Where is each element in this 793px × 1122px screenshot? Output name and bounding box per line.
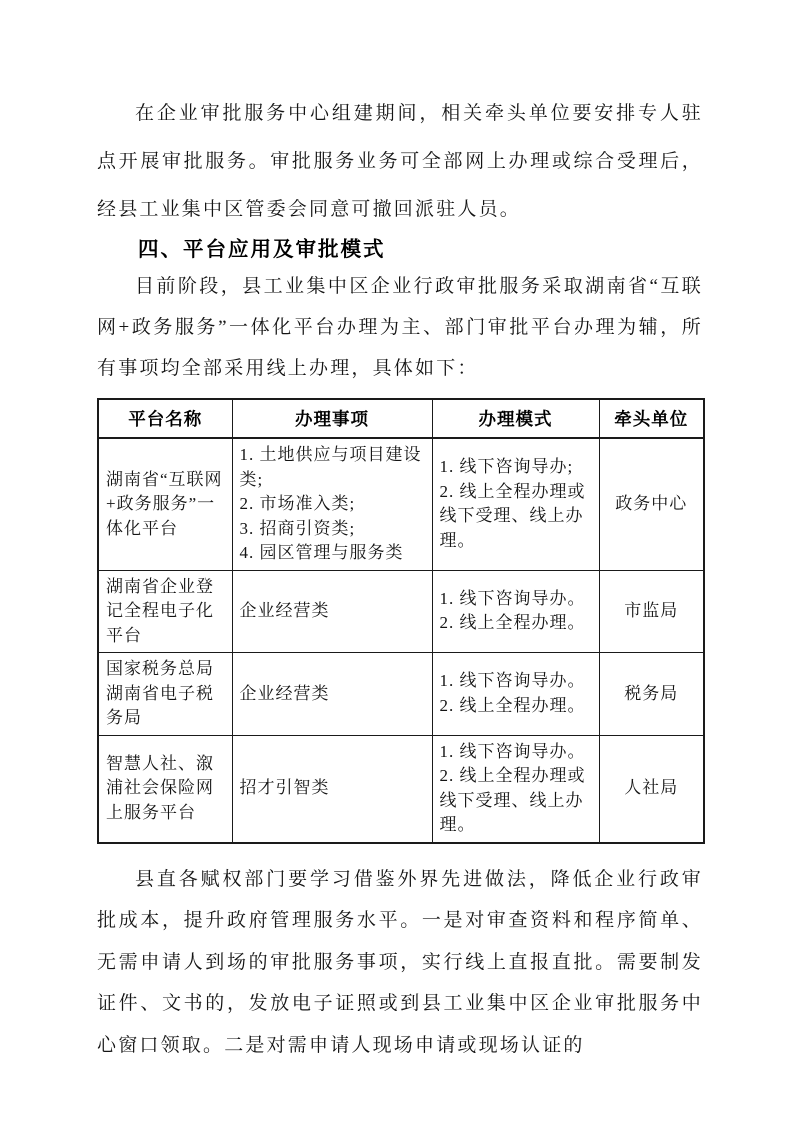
paragraph-intro: 在企业审批服务中心组建期间，相关牵头单位要安排专人驻点开展审批服务。审批服务业务… [97, 90, 703, 234]
header-lead-unit: 牵头单位 [599, 399, 704, 438]
cell-handling-items: 1. 土地供应与项目建设类; 2. 市场准入类; 3. 招商引资类; 4. 园区… [232, 438, 432, 570]
cell-lead-unit: 人社局 [599, 735, 704, 843]
table-row: 湖南省“互联网+政务服务”一体化平台 1. 土地供应与项目建设类; 2. 市场准… [98, 438, 704, 570]
document-page: 在企业审批服务中心组建期间，相关牵头单位要安排专人驻点开展审批服务。审批服务业务… [0, 0, 793, 1122]
header-handling-mode: 办理模式 [432, 399, 599, 438]
paragraph-closing: 县直各赋权部门要学习借鉴外界先进做法，降低企业行政审批成本，提升政府管理服务水平… [97, 859, 703, 1067]
cell-handling-items: 企业经营类 [232, 570, 432, 653]
cell-handling-mode: 1. 线下咨询导办。 2. 线上全程办理。 [432, 570, 599, 653]
table-row: 智慧人社、溆浦社会保险网上服务平台 招才引智类 1. 线下咨询导办。 2. 线上… [98, 735, 704, 843]
cell-platform-name: 智慧人社、溆浦社会保险网上服务平台 [98, 735, 232, 843]
cell-platform-name: 国家税务总局湖南省电子税务局 [98, 653, 232, 736]
paragraph-platform-overview: 目前阶段，县工业集中区企业行政审批服务采取湖南省“互联网+政务服务”一体化平台办… [97, 266, 703, 389]
platform-approval-table: 平台名称 办理事项 办理模式 牵头单位 湖南省“互联网+政务服务”一体化平台 1… [97, 398, 705, 844]
table-row: 国家税务总局湖南省电子税务局 企业经营类 1. 线下咨询导办。 2. 线上全程办… [98, 653, 704, 736]
table-header-row: 平台名称 办理事项 办理模式 牵头单位 [98, 399, 704, 438]
cell-handling-items: 招才引智类 [232, 735, 432, 843]
cell-platform-name: 湖南省“互联网+政务服务”一体化平台 [98, 438, 232, 570]
cell-lead-unit: 政务中心 [599, 438, 704, 570]
table-row: 湖南省企业登记全程电子化平台 企业经营类 1. 线下咨询导办。 2. 线上全程办… [98, 570, 704, 653]
header-platform-name: 平台名称 [98, 399, 232, 438]
cell-handling-items: 企业经营类 [232, 653, 432, 736]
section-heading: 四、平台应用及审批模式 [97, 234, 703, 266]
document-content: 在企业审批服务中心组建期间，相关牵头单位要安排专人驻点开展审批服务。审批服务业务… [97, 0, 703, 1066]
header-handling-items: 办理事项 [232, 399, 432, 438]
cell-platform-name: 湖南省企业登记全程电子化平台 [98, 570, 232, 653]
cell-lead-unit: 市监局 [599, 570, 704, 653]
cell-lead-unit: 税务局 [599, 653, 704, 736]
cell-handling-mode: 1. 线下咨询导办。 2. 线上全程办理或线下受理、线上办理。 [432, 735, 599, 843]
cell-handling-mode: 1. 线下咨询导办。 2. 线上全程办理。 [432, 653, 599, 736]
cell-handling-mode: 1. 线下咨询导办; 2. 线上全程办理或线下受理、线上办理。 [432, 438, 599, 570]
